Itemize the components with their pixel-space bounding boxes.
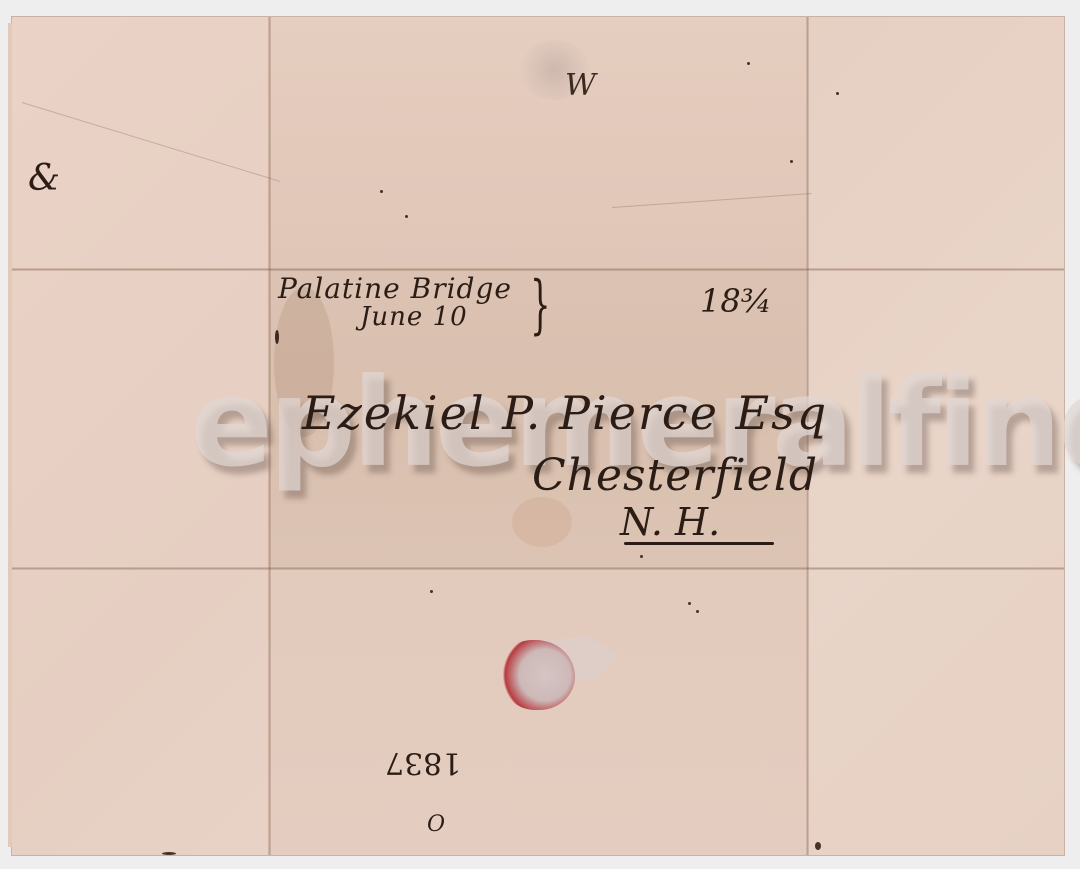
fold-line-bottom bbox=[12, 567, 1064, 570]
addressee-name: Ezekiel P. Pierce Esq bbox=[302, 386, 828, 440]
ink-spot bbox=[380, 190, 383, 193]
ink-spot bbox=[275, 330, 279, 344]
wax-seal bbox=[500, 640, 575, 710]
bottom-flap-panel bbox=[270, 568, 806, 855]
ink-spot bbox=[790, 160, 793, 163]
ink-spot bbox=[836, 92, 839, 95]
docket-date: June 10 bbox=[360, 302, 468, 332]
year-note: 1837 bbox=[385, 745, 461, 780]
ink-spot bbox=[405, 215, 408, 218]
ink-spot bbox=[430, 590, 433, 593]
postage-rate: 18¾ bbox=[700, 282, 772, 320]
bottom-mark: O bbox=[427, 812, 445, 837]
margin-mark: & bbox=[28, 158, 60, 199]
ink-spot bbox=[162, 852, 176, 855]
paper-crease bbox=[22, 102, 280, 182]
address-city: Chesterfield bbox=[532, 450, 818, 501]
foxing-stain bbox=[512, 497, 572, 547]
address-underline bbox=[624, 542, 774, 545]
seal-mark: W bbox=[565, 68, 596, 103]
address-state: N. H. bbox=[620, 500, 720, 544]
ink-spot bbox=[747, 62, 750, 65]
ink-spot bbox=[815, 842, 821, 850]
docket-brace: } bbox=[530, 268, 550, 342]
ink-spot bbox=[696, 610, 699, 613]
ink-spot bbox=[640, 555, 643, 558]
docket-place: Palatine Bridge bbox=[278, 272, 512, 305]
ink-spot bbox=[688, 602, 691, 605]
